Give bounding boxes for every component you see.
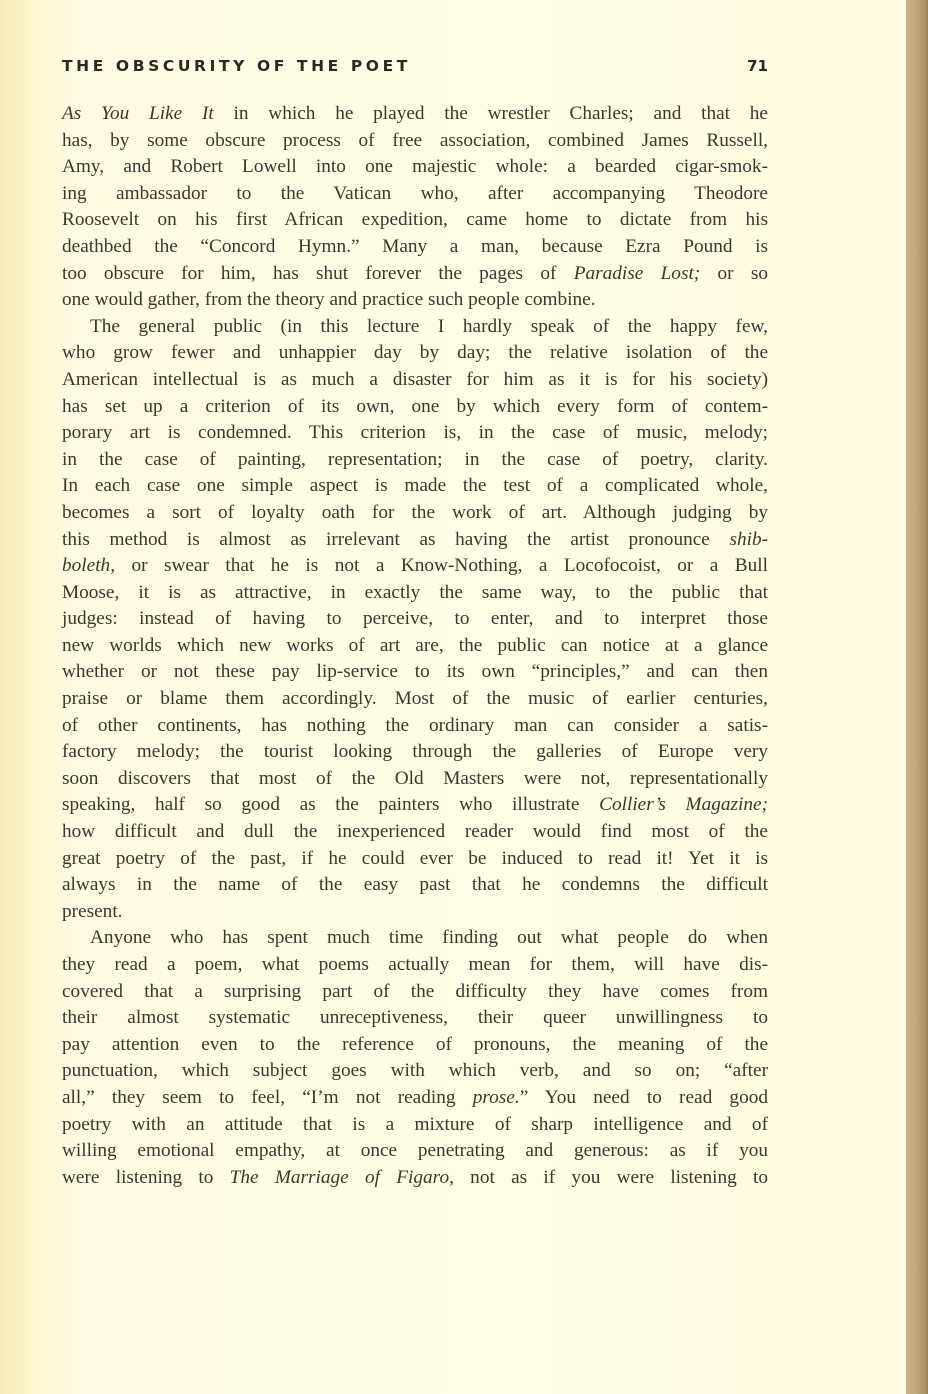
text-line: porary art is condemned. This criterion … [62,420,768,447]
text-line: Anyone who has spent much time finding o… [62,925,768,952]
running-head: THE OBSCURITY OF THE POET [62,57,411,75]
text-line: pay attention even to the reference of p… [62,1032,768,1059]
text-line: all,” they seem to feel, “I’m not readin… [62,1085,768,1112]
text-line: how difficult and dull the inexperienced… [62,819,768,846]
text-line: new worlds which new works of art are, t… [62,633,768,660]
text-line: one would gather, from the theory and pr… [62,287,768,314]
text-line: in the case of painting, representation;… [62,447,768,474]
text-line: punctuation, which subject goes with whi… [62,1058,768,1085]
text-line: whether or not these pay lip-service to … [62,659,768,686]
text-line: willing emotional empathy, at once penet… [62,1138,768,1165]
text-line: poetry with an attitude that is a mixtur… [62,1112,768,1139]
text-line: factory melody; the tourist looking thro… [62,739,768,766]
text-line: praise or blame them accordingly. Most o… [62,686,768,713]
text-line: were listening to The Marriage of Figaro… [62,1165,768,1192]
text-line: In each case one simple aspect is made t… [62,473,768,500]
text-line: ing ambassador to the Vatican who, after… [62,181,768,208]
text-line: As You Like It in which he played the wr… [62,101,768,128]
page-header: THE OBSCURITY OF THE POET 71 [62,57,768,81]
text-line: has set up a criterion of its own, one b… [62,394,768,421]
text-line: has, by some obscure process of free ass… [62,128,768,155]
text-line: Amy, and Robert Lowell into one majestic… [62,154,768,181]
text-line: deathbed the “Concord Hymn.” Many a man,… [62,234,768,261]
text-line: covered that a surprising part of the di… [62,979,768,1006]
paragraph: Anyone who has spent much time finding o… [62,925,768,1191]
text-line: American intellectual is as much a disas… [62,367,768,394]
page-number: 71 [747,57,768,75]
paragraph: As You Like It in which he played the wr… [62,101,768,314]
text-line: who grow fewer and unhappier day by day;… [62,340,768,367]
text-line: The general public (in this lecture I ha… [62,314,768,341]
text-line: becomes a sort of loyalty oath for the w… [62,500,768,527]
body-text: As You Like It in which he played the wr… [62,101,768,1191]
text-line: present. [62,899,768,926]
text-line: their almost systematic unreceptiveness,… [62,1005,768,1032]
text-line: of other continents, has nothing the ord… [62,713,768,740]
text-line: judges: instead of having to perceive, t… [62,606,768,633]
paragraph: The general public (in this lecture I ha… [62,314,768,926]
text-line: soon discovers that most of the Old Mast… [62,766,768,793]
book-page: THE OBSCURITY OF THE POET 71 As You Like… [0,0,906,1394]
text-line: Moose, it is as attractive, in exactly t… [62,580,768,607]
text-line: speaking, half so good as the painters w… [62,792,768,819]
text-line: great poetry of the past, if he could ev… [62,846,768,873]
text-line: too obscure for him, has shut forever th… [62,261,768,288]
page-edge [906,0,928,1394]
text-line: always in the name of the easy past that… [62,872,768,899]
text-line: boleth, or swear that he is not a Know-N… [62,553,768,580]
text-line: they read a poem, what poems actually me… [62,952,768,979]
text-line: this method is almost as irrelevant as h… [62,527,768,554]
text-line: Roosevelt on his first African expeditio… [62,207,768,234]
